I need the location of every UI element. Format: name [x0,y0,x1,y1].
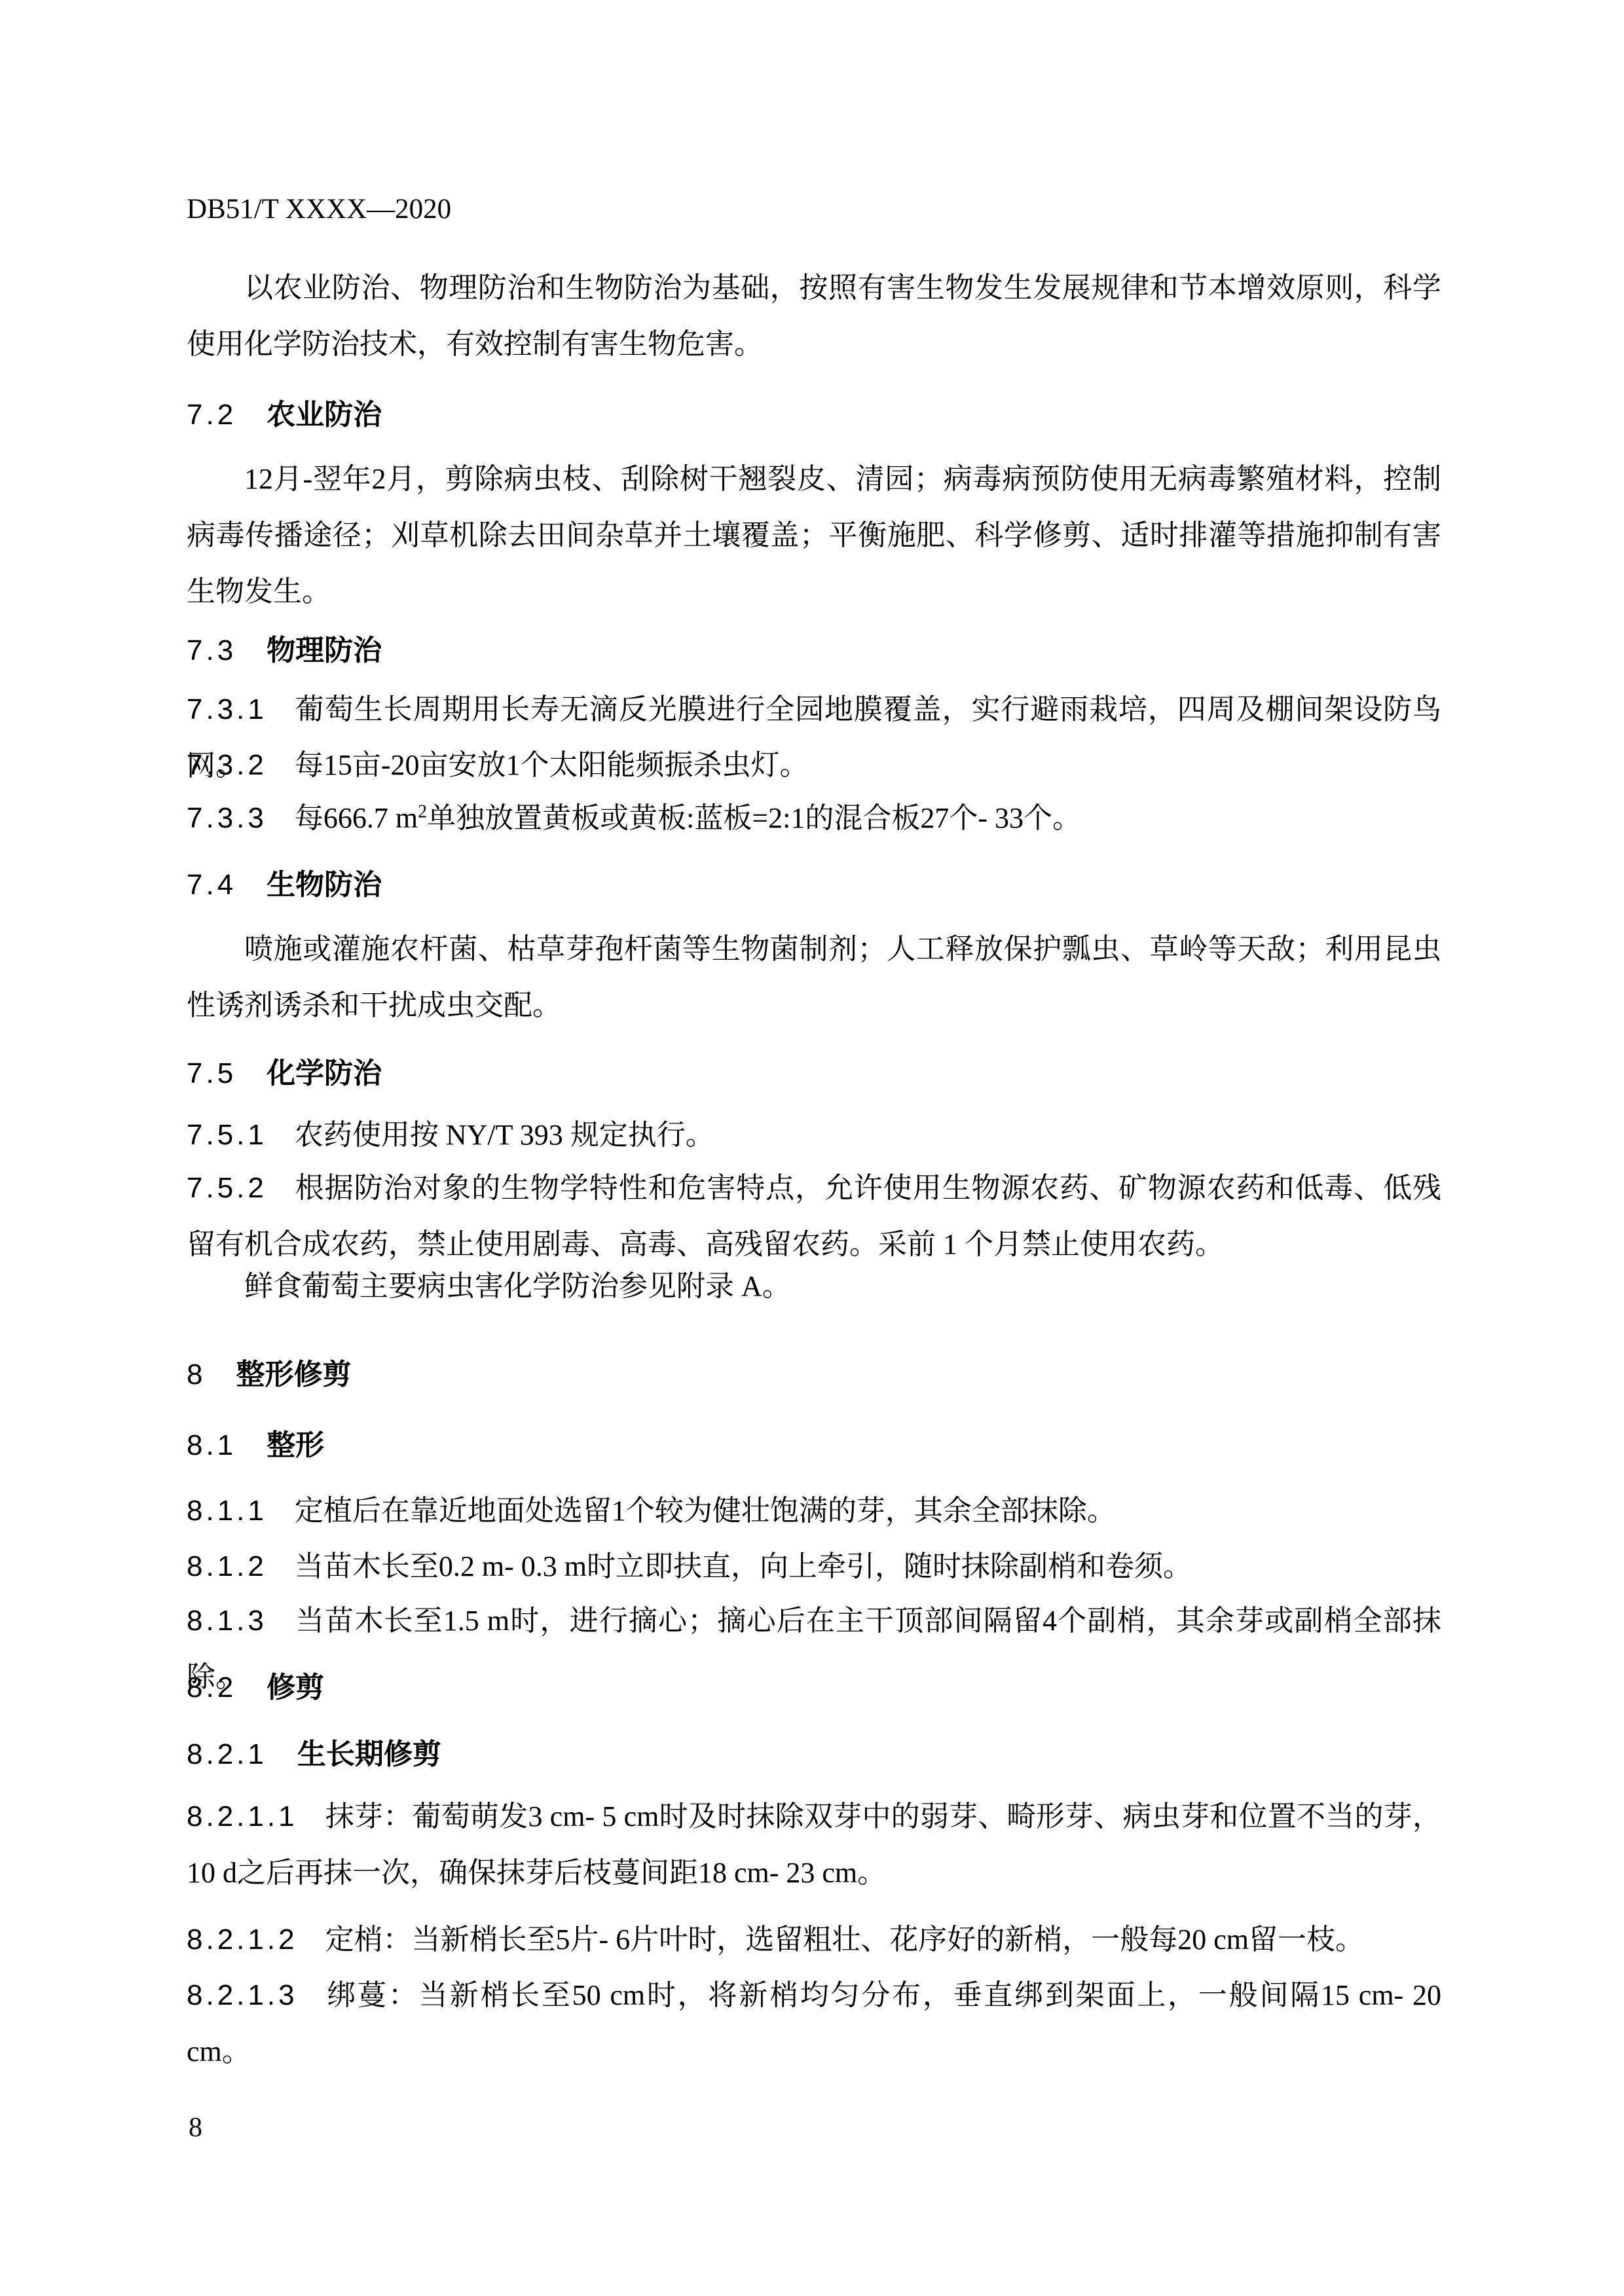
heading-7-2: 7.2农业防治 [187,399,382,431]
heading-8-2-1-title: 生长期修剪 [297,1738,441,1770]
clause-8-2-1-1-number: 8.2.1.1 [187,1800,325,1832]
square-meter-superscript: 2 [418,801,427,822]
heading-8-1: 8.1整形 [187,1430,324,1461]
clause-8-2-1-2: 8.2.1.2定梢：当新梢长至5片- 6片叶时，选留粗壮、花序好的新梢，一般每2… [187,1912,1441,1968]
heading-7-4-number: 7.4 [187,869,267,901]
clause-7-3-2-text: 每15亩-20亩安放1个太阳能频振杀虫灯。 [295,749,809,781]
clause-8-2-1-2-text: 定梢：当新梢长至5片- 6片叶时，选留粗壮、花序好的新梢，一般每20 cm留一枝… [325,1923,1364,1956]
clause-8-1-3-text: 当苗木长至1.5 m时，进行摘心；摘心后在主干顶部间隔留4个副梢，其余芽或副梢全… [187,1605,1441,1693]
document-page: DB51/T XXXX—2020 以农业防治、物理防治和生物防治为基础，按照有害… [0,0,1624,2296]
clause-8-2-1-3: 8.2.1.3绑蔓：当新梢长至50 cm时，将新梢均匀分布，垂直绑到架面上，一般… [187,1967,1441,2080]
clause-7-5-2: 7.5.2根据防治对象的生物学特性和危害特点，允许使用生物源农药、矿物源农药和低… [187,1160,1441,1273]
clause-8-1-2-text: 当苗木长至0.2 m- 0.3 m时立即扶直，向上牵引，随时抹除副梢和卷须。 [295,1550,1192,1582]
heading-8-title: 整形修剪 [236,1358,351,1391]
page-number: 8 [189,2112,202,2143]
clause-8-2-1-2-number: 8.2.1.2 [187,1923,325,1956]
heading-7-4: 7.4生物防治 [187,869,382,901]
appendix-reference-note: 鲜食葡萄主要病虫害化学防治参见附录 A。 [187,1258,1441,1315]
clause-7-3-1-number: 7.3.1 [187,693,295,725]
clause-8-1-3: 8.1.3当苗木长至1.5 m时，进行摘心；摘心后在主干顶部间隔留4个副梢，其余… [187,1593,1441,1705]
intro-paragraph: 以农业防治、物理防治和生物防治为基础，按照有害生物发生发展规律和节本增效原则，科… [187,260,1441,373]
heading-7-3-title: 物理防治 [267,634,382,666]
clause-8-1-1-number: 8.1.1 [187,1495,295,1527]
heading-8-2: 8.2修剪 [187,1672,324,1704]
clause-8-2-1-1: 8.2.1.1抹芽：葡萄萌发3 cm- 5 cm时及时抹除双芽中的弱芽、畸形芽、… [187,1789,1441,1901]
heading-8-2-title: 修剪 [267,1671,324,1704]
heading-7-4-title: 生物防治 [267,869,382,901]
clause-8-1-1: 8.1.1定植后在靠近地面处选留1个较为健壮饱满的芽，其余全部抹除。 [187,1483,1441,1539]
paragraph-7-2-body: 12月-翌年2月，剪除病虫枝、刮除树干翘裂皮、清园；病毒病预防使用无病毒繁殖材料… [187,451,1441,620]
clause-8-1-2-number: 8.1.2 [187,1550,295,1582]
clause-7-5-2-text: 根据防治对象的生物学特性和危害特点，允许使用生物源农药、矿物源农药和低毒、低残留… [187,1172,1441,1260]
clause-8-2-1-1-text: 抹芽：葡萄萌发3 cm- 5 cm时及时抹除双芽中的弱芽、畸形芽、病虫芽和位置不… [187,1800,1441,1889]
clause-8-1-1-text: 定植后在靠近地面处选留1个较为健壮饱满的芽，其余全部抹除。 [295,1495,1116,1527]
clause-7-3-3-text-pre: 每666.7 m [295,802,418,834]
heading-7-2-title: 农业防治 [267,399,382,431]
heading-8-2-1: 8.2.1生长期修剪 [187,1739,441,1770]
heading-7-3-number: 7.3 [187,634,267,666]
doc-standard-number: DB51/T XXXX—2020 [187,194,451,225]
clause-7-5-2-number: 7.5.2 [187,1172,295,1204]
clause-8-2-1-3-text: 绑蔓：当新梢长至50 cm时，将新梢均匀分布，垂直绑到架面上，一般间隔15 cm… [187,1979,1441,2068]
clause-8-1-3-number: 8.1.3 [187,1605,295,1637]
heading-8-number: 8 [187,1358,236,1391]
clause-7-5-1-number: 7.5.1 [187,1119,295,1151]
clause-8-1-2: 8.1.2当苗木长至0.2 m- 0.3 m时立即扶直，向上牵引，随时抹除副梢和… [187,1539,1441,1595]
heading-8-1-number: 8.1 [187,1429,267,1461]
heading-7-5: 7.5化学防治 [187,1058,382,1089]
clause-7-3-3: 7.3.3每666.7 m2单独放置黄板或黄板:蓝板=2:1的混合板27个- 3… [187,790,1441,847]
clause-7-3-3-text-post: 单独放置黄板或黄板:蓝板=2:1的混合板27个- 33个。 [427,802,1081,834]
heading-7-5-number: 7.5 [187,1057,267,1089]
clause-7-5-1: 7.5.1农药使用按 NY/T 393 规定执行。 [187,1107,1441,1163]
heading-8-2-1-number: 8.2.1 [187,1738,297,1770]
heading-7-5-title: 化学防治 [267,1057,382,1089]
heading-7-2-number: 7.2 [187,399,267,431]
heading-8-1-title: 整形 [267,1429,324,1461]
clause-8-2-1-3-number: 8.2.1.3 [187,1979,325,2011]
clause-7-3-3-number: 7.3.3 [187,802,295,834]
clause-7-5-1-text: 农药使用按 NY/T 393 规定执行。 [295,1119,714,1151]
heading-7-3: 7.3物理防治 [187,635,382,666]
clause-7-3-2: 7.3.2每15亩-20亩安放1个太阳能频振杀虫灯。 [187,737,1441,793]
clause-7-3-2-number: 7.3.2 [187,749,295,781]
heading-8: 8整形修剪 [187,1359,351,1391]
heading-8-2-number: 8.2 [187,1671,267,1704]
paragraph-7-4-body: 喷施或灌施农杆菌、枯草芽孢杆菌等生物菌制剂；人工释放保护瓢虫、草岭等天敌；利用昆… [187,921,1441,1034]
